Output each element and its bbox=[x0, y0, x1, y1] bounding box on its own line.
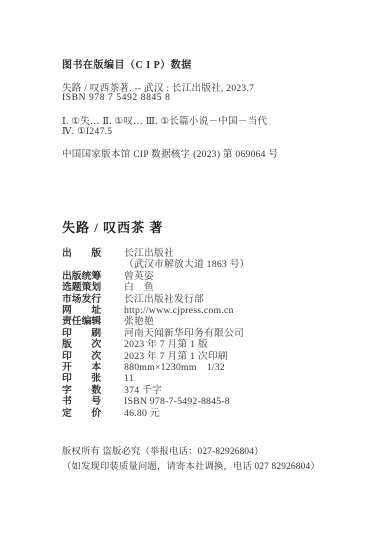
colophon-row: 书 号 ISBN 978-7-5492-8845-8 bbox=[62, 396, 345, 407]
colophon-row: 版 次 2023 年 7 月第 1 版 bbox=[62, 339, 345, 350]
copyright-notice: 版权所有 盗版必究（举报电话：027-82926804） bbox=[62, 443, 345, 457]
colophon-row-value: ISBN 978-7-5492-8845-8 bbox=[124, 396, 230, 407]
colophon-row-label: 出版统筹 bbox=[62, 271, 104, 282]
colophon-row: 出 版 长江出版社 bbox=[62, 248, 345, 259]
cip-isbn-line: ISBN 978 7 5492 8845 8 bbox=[62, 93, 345, 103]
copyright-page: 图书在版编目（C I P）数据 失路 / 叹西茶著. -- 武汉 : 长江出版社… bbox=[0, 0, 375, 543]
colophon-row-label: 责任编辑 bbox=[62, 316, 104, 327]
colophon-row-label: 版 次 bbox=[62, 339, 104, 350]
colophon-row-label: 选题策划 bbox=[62, 282, 104, 293]
colophon-row-value: 374 千字 bbox=[124, 385, 162, 396]
colophon-row-label: 印 次 bbox=[62, 351, 104, 362]
colophon-row: 责任编辑 张艳艳 bbox=[62, 316, 345, 327]
colophon-row: 字 数 374 千字 bbox=[62, 385, 345, 396]
cip-classification-line1: Ⅰ. ①失… Ⅱ. ①叹… Ⅲ. ①长篇小说－中国－当代 bbox=[62, 113, 345, 127]
cip-header: 图书在版编目（C I P）数据 bbox=[62, 56, 345, 71]
colophon-row-value: 46.80 元 bbox=[124, 408, 160, 419]
colophon-table: 出 版 长江出版社 （武汉市解放大道 1863 号） 出版统筹 曾英姿 选题策划… bbox=[62, 248, 345, 419]
colophon-row: 印 次 2023 年 7 月第 1 次印刷 bbox=[62, 351, 345, 362]
cip-classification-line2: Ⅳ. ①I247.5 bbox=[62, 126, 345, 137]
colophon-row: 出版统筹 曾英姿 bbox=[62, 271, 345, 282]
colophon-row-label: 市场发行 bbox=[62, 294, 104, 305]
colophon-row-label: 出 版 bbox=[62, 248, 104, 259]
colophon-row-value: 长江出版社 bbox=[124, 248, 174, 259]
colophon-row: 选题策划 白 鱼 bbox=[62, 282, 345, 293]
colophon-row: 网 址 http://www.cjpress.com.cn bbox=[62, 305, 345, 316]
colophon-row-value: 2023 年 7 月第 1 次印刷 bbox=[124, 351, 228, 362]
colophon-row-label: 书 号 bbox=[62, 396, 104, 407]
colophon-row-value: 2023 年 7 月第 1 版 bbox=[124, 339, 208, 350]
book-title: 失路 / 叹西茶 著 bbox=[62, 217, 345, 236]
colophon-row: 印 刷 河南天闻新华印务有限公司 bbox=[62, 328, 345, 339]
colophon-row-label: 印 刷 bbox=[62, 328, 104, 339]
cip-record-number: 中国国家版本馆 CIP 数据核字 (2023) 第 069064 号 bbox=[62, 146, 345, 160]
colophon-row-label: 定 价 bbox=[62, 408, 104, 419]
colophon-row-value: 11 bbox=[124, 373, 134, 384]
colophon-row: （武汉市解放大道 1863 号） bbox=[62, 259, 345, 270]
cip-catalog-line: 失路 / 叹西茶著. -- 武汉 : 长江出版社, 2023.7 bbox=[62, 80, 345, 94]
colophon-row-label: 网 址 bbox=[62, 305, 104, 316]
colophon-row-label: 字 数 bbox=[62, 385, 104, 396]
colophon-row-label: 开 本 bbox=[62, 362, 104, 373]
colophon-row: 印 张 11 bbox=[62, 373, 345, 384]
colophon-row-value: 长江出版社发行部 bbox=[124, 294, 204, 305]
colophon-row-label: 印 张 bbox=[62, 373, 104, 384]
colophon-row-value: 880mm×1230mm 1/32 bbox=[124, 362, 225, 373]
colophon-row-label bbox=[62, 259, 104, 270]
colophon-row-value: 河南天闻新华印务有限公司 bbox=[124, 328, 244, 339]
colophon-row-value: （武汉市解放大道 1863 号） bbox=[124, 259, 250, 270]
colophon-row-value: http://www.cjpress.com.cn bbox=[124, 305, 234, 316]
colophon-row-value: 张艳艳 bbox=[124, 316, 154, 327]
colophon-row-value: 白 鱼 bbox=[124, 282, 154, 293]
colophon-row: 市场发行 长江出版社发行部 bbox=[62, 294, 345, 305]
colophon-row-value: 曾英姿 bbox=[124, 271, 154, 282]
colophon-row: 定 价 46.80 元 bbox=[62, 408, 345, 419]
colophon-row: 开 本 880mm×1230mm 1/32 bbox=[62, 362, 345, 373]
quality-return-notice: （如发现印装质量问题，请寄本社调换，电话 027 82926804） bbox=[62, 458, 345, 472]
